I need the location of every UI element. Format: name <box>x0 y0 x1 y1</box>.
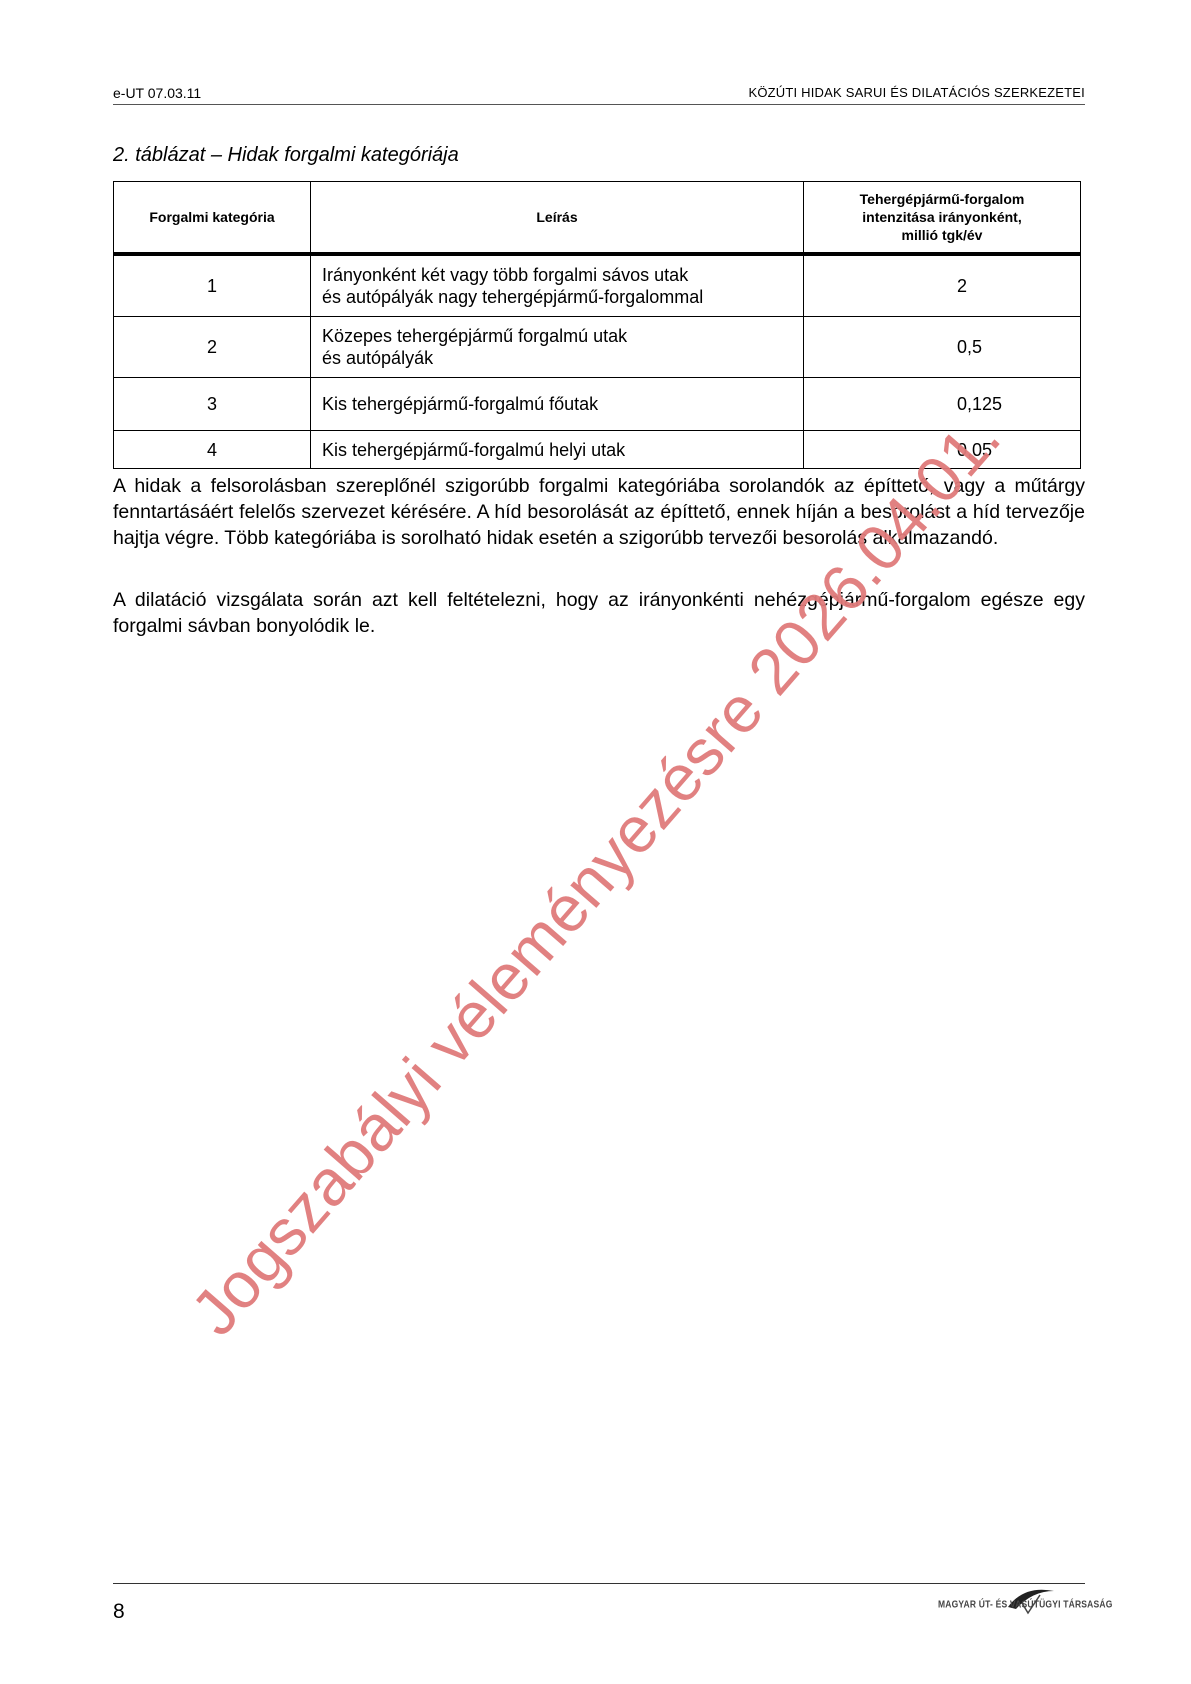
category-cell: 2 <box>114 317 311 378</box>
column-header-category: Forgalmi kategória <box>114 182 311 255</box>
description-cell: Közepes tehergépjármű forgalmú utak és a… <box>311 317 804 378</box>
table-row: 2 Közepes tehergépjármű forgalmú utak és… <box>114 317 1081 378</box>
intensity-cell: 0,5 <box>804 317 1081 378</box>
category-cell: 3 <box>114 378 311 431</box>
header-divider <box>113 104 1085 105</box>
page-number: 8 <box>113 1600 125 1624</box>
body-paragraph: A dilatáció vizsgálata során azt kell fe… <box>113 587 1085 639</box>
intensity-cell: 0,05 <box>804 431 1081 469</box>
category-cell: 1 <box>114 254 311 317</box>
category-cell: 4 <box>114 431 311 469</box>
column-header-description: Leírás <box>311 182 804 255</box>
logo-text: MAGYAR ÚT- ÉS VASÚTÜGYI TÁRSASÁG <box>938 1598 1113 1610</box>
intensity-cell: 0,125 <box>804 378 1081 431</box>
table-row: 1 Irányonként két vagy több forgalmi sáv… <box>114 254 1081 317</box>
description-cell: Kis tehergépjármű-forgalmú helyi utak <box>311 431 804 469</box>
footer-divider <box>113 1583 1085 1584</box>
intensity-cell: 2 <box>804 254 1081 317</box>
society-logo: MAGYAR ÚT- ÉS VASÚTÜGYI TÁRSASÁG <box>938 1585 1088 1621</box>
table-row: 3 Kis tehergépjármű-forgalmú főutak 0,12… <box>114 378 1081 431</box>
traffic-category-table: Forgalmi kategória Leírás Tehergépjármű-… <box>113 181 1081 469</box>
table-caption: 2. táblázat – Hidak forgalmi kategóriája <box>113 144 459 167</box>
description-cell: Irányonként két vagy több forgalmi sávos… <box>311 254 804 317</box>
header-doc-id: e-UT 07.03.11 <box>113 85 201 101</box>
column-header-intensity: Tehergépjármű-forgalom intenzitása irány… <box>804 182 1081 255</box>
table-header-row: Forgalmi kategória Leírás Tehergépjármű-… <box>114 182 1081 255</box>
body-paragraph: A hidak a felsorolásban szereplőnél szig… <box>113 473 1085 551</box>
description-cell: Kis tehergépjármű-forgalmú főutak <box>311 378 804 431</box>
header-title: KÖZÚTI HIDAK SARUI ÉS DILATÁCIÓS SZERKEZ… <box>748 85 1085 100</box>
table-row: 4 Kis tehergépjármű-forgalmú helyi utak … <box>114 431 1081 469</box>
